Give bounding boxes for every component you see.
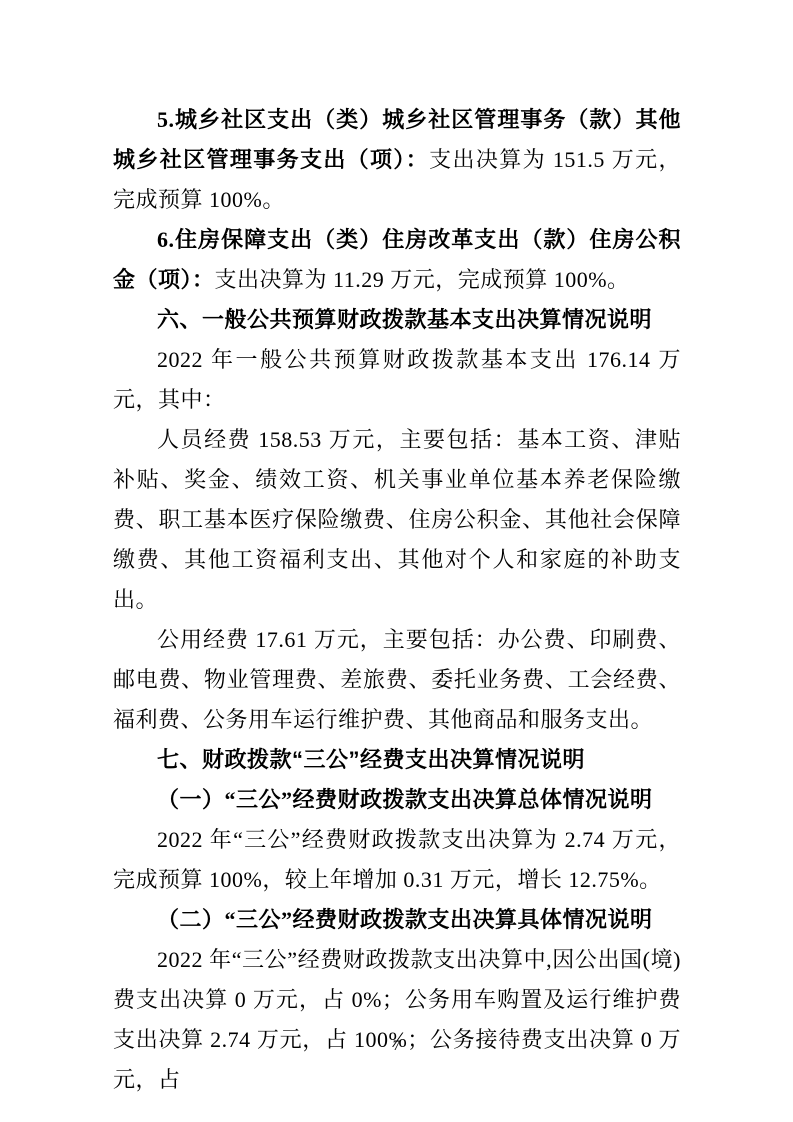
paragraph-public-funds: 公用经费 17.61 万元，主要包括：办公费、印刷费、邮电费、物业管理费、差旅费… [113,620,681,740]
document-page: 5.城乡社区支出（类）城乡社区管理事务（款）其他城乡社区管理事务支出（项）：支出… [0,0,793,1122]
paragraph-personnel-funds: 人员经费 158.53 万元，主要包括：基本工资、津贴补贴、奖金、绩效工资、机关… [113,420,681,620]
subsection-heading-two: （二）“三公”经费财政拨款支出决算具体情况说明 [113,900,681,940]
paragraph-basic-expenditure-total: 2022 年一般公共预算财政拨款基本支出 176.14 万元，其中： [113,340,681,420]
numbered-item-6-text: 支出决算为 11.29 万元，完成预算 100%。 [215,267,630,292]
section-heading-seven: 七、财政拨款“三公”经费支出决算情况说明 [113,740,681,780]
paragraph-three-public-detail: 2022 年“三公”经费财政拨款支出决算中,因公出国(境)费支出决算 0 万元，… [113,940,681,1100]
section-heading-six: 六、一般公共预算财政拨款基本支出决算情况说明 [113,300,681,340]
numbered-item-5: 5.城乡社区支出（类）城乡社区管理事务（款）其他城乡社区管理事务支出（项）：支出… [113,100,681,220]
document-body: 5.城乡社区支出（类）城乡社区管理事务（款）其他城乡社区管理事务支出（项）：支出… [113,100,681,1100]
numbered-item-6: 6.住房保障支出（类）住房改革支出（款）住房公积金（项）：支出决算为 11.29… [113,220,681,300]
subsection-heading-one: （一）“三公”经费财政拨款支出决算总体情况说明 [113,780,681,820]
paragraph-three-public-overall: 2022 年“三公”经费财政拨款支出决算为 2.74 万元，完成预算 100%，… [113,820,681,900]
page-number: 7 [0,1036,793,1056]
